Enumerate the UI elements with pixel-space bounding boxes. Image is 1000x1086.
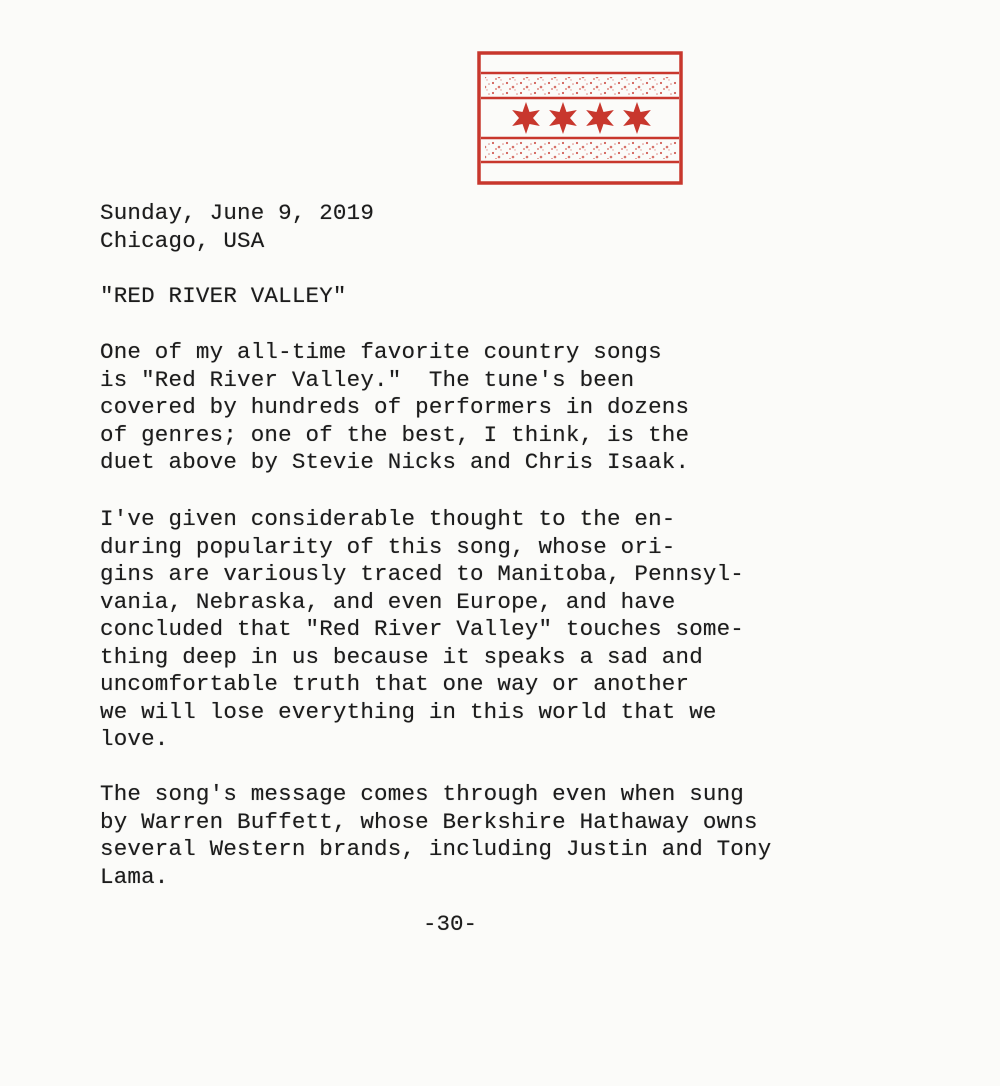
text-line: uncomfortable truth that one way or anot… bbox=[100, 671, 689, 697]
text-line: love. bbox=[100, 726, 169, 752]
chicago-flag-stamp bbox=[477, 51, 683, 185]
text-line: I've given considerable thought to the e… bbox=[100, 506, 676, 532]
text-line: gins are variously traced to Manitoba, P… bbox=[100, 561, 744, 587]
text-line: thing deep in us because it speaks a sad… bbox=[100, 644, 703, 670]
star-icon bbox=[512, 102, 540, 134]
text-line: covered by hundreds of performers in doz… bbox=[100, 394, 689, 420]
text-line: several Western brands, including Justin… bbox=[100, 836, 771, 862]
chicago-flag-icon bbox=[477, 51, 683, 185]
text-line: The song's message comes through even wh… bbox=[100, 781, 744, 807]
text-line: concluded that "Red River Valley" touche… bbox=[100, 616, 744, 642]
text-line: by Warren Buffett, whose Berkshire Hatha… bbox=[100, 809, 758, 835]
text-line: of genres; one of the best, I think, is … bbox=[100, 422, 689, 448]
star-icon bbox=[586, 102, 614, 134]
text-line: vania, Nebraska, and even Europe, and ha… bbox=[100, 589, 676, 615]
star-icon bbox=[549, 102, 577, 134]
location-line: Chicago, USA bbox=[100, 228, 264, 254]
star-icon bbox=[623, 102, 651, 134]
paragraph-1: One of my all-time favorite country song… bbox=[100, 339, 689, 477]
dateline: Sunday, June 9, 2019 Chicago, USA bbox=[100, 200, 374, 255]
text-line: duet above by Stevie Nicks and Chris Isa… bbox=[100, 449, 689, 475]
text-line: we will lose everything in this world th… bbox=[100, 699, 717, 725]
text-line: during popularity of this song, whose or… bbox=[100, 534, 676, 560]
letter-title: "RED RIVER VALLEY" bbox=[100, 283, 347, 311]
text-line: Lama. bbox=[100, 864, 169, 890]
text-line: One of my all-time favorite country song… bbox=[100, 339, 662, 365]
date-line: Sunday, June 9, 2019 bbox=[100, 200, 374, 226]
text-line: is "Red River Valley." The tune's been bbox=[100, 367, 634, 393]
paragraph-2: I've given considerable thought to the e… bbox=[100, 506, 744, 754]
paragraph-3: The song's message comes through even wh… bbox=[100, 781, 771, 891]
end-mark: -30- bbox=[0, 911, 900, 939]
